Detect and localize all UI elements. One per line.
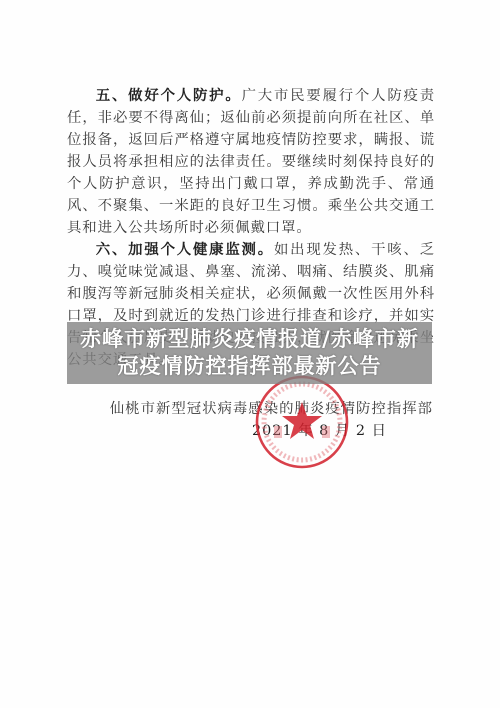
section-5-paragraph: 五、做好个人防护。广大市民要履行个人防疫责任，非必要不得离仙；返仙前必须提前向所… [67,85,435,239]
title-line-2: 冠疫情防控指挥部最新公告 [118,353,382,380]
article-title-overlay: 赤峰市新型肺炎疫情报道/赤峰市新 冠疫情防控指挥部最新公告 [67,322,432,384]
title-line-1: 赤峰市新型肺炎疫情报道/赤峰市新 [80,326,419,353]
section-6-heading: 六、加强个人健康监测。 [96,241,274,258]
section-5-text: 广大市民要履行个人防疫责任，非必要不得离仙；返仙前必须提前向所在社区、单位报备，… [67,88,435,236]
document-page: 五、做好个人防护。广大市民要履行个人防疫责任，非必要不得离仙；返仙前必须提前向所… [0,0,500,708]
section-5-heading: 五、做好个人防护。 [96,87,242,104]
official-seal-icon [252,372,352,472]
